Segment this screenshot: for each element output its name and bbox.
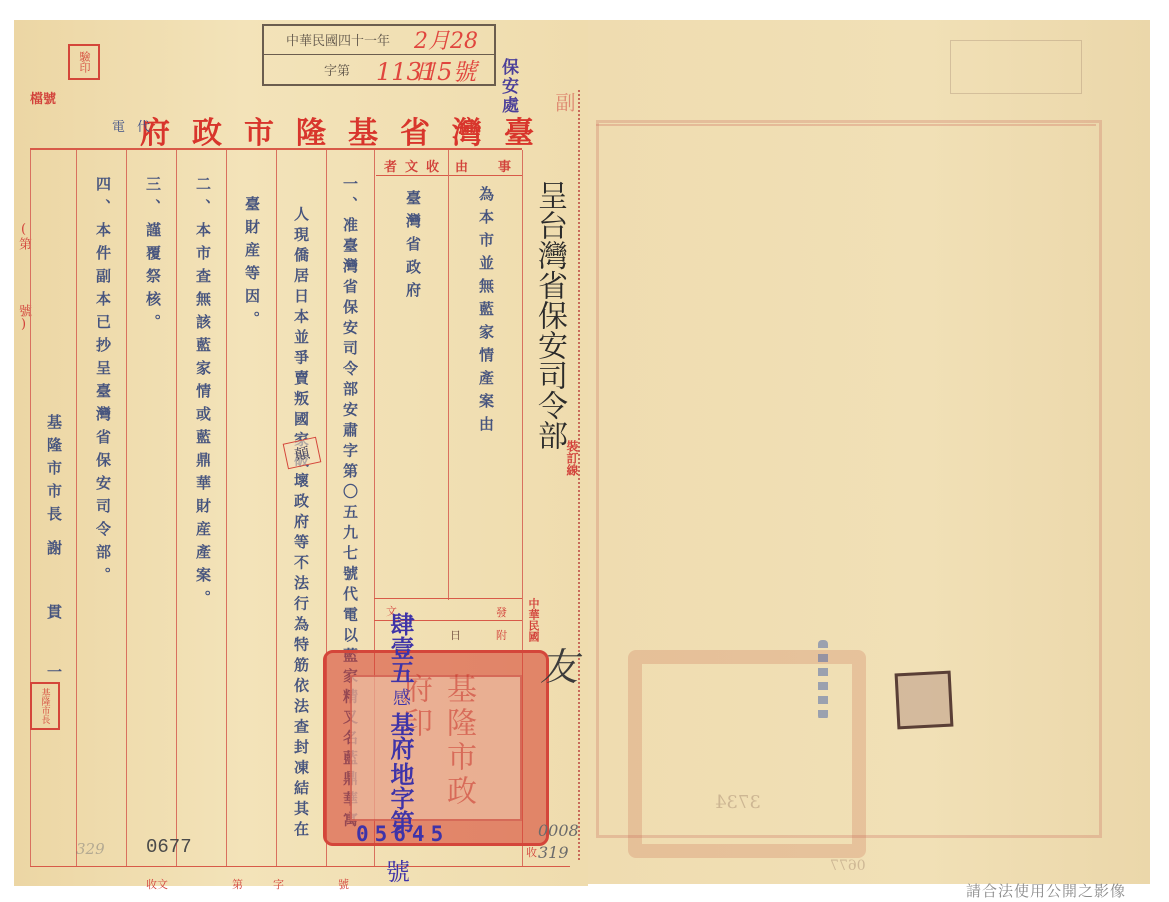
dispatch-prefix: 基府: [383, 712, 418, 760]
mayor-seal: 基隆市長: [30, 682, 60, 730]
subject-header: 事由: [455, 156, 541, 175]
dispatch-issue-label: 發: [496, 604, 507, 620]
signature-name-surname: 謝: [44, 540, 65, 565]
handwritten-recipient: 呈台灣省保安司令部: [534, 180, 564, 450]
dispatch-number: 05645: [356, 822, 449, 846]
footer-receive-doc-label: 收文: [146, 876, 168, 892]
body-para1-line2: 人現僑居日本並爭賣叛國家破壞政府等不法行為特筋依法查封凍結其在: [291, 206, 312, 842]
back-faint-stamp: [628, 650, 866, 858]
signature-scrawl: 友: [540, 636, 578, 691]
back-dark-seal: [895, 671, 954, 730]
back-faint-number: 3734: [715, 792, 761, 813]
back-faint-dots: [818, 640, 828, 720]
era-label: 中華民國: [525, 598, 541, 642]
table-header-rule: [376, 175, 522, 176]
dispatch-code-line1: 肆壹五: [383, 612, 418, 684]
grid-line: [276, 150, 277, 866]
copy-label: 副: [550, 92, 579, 122]
grid-line: [76, 150, 77, 866]
signature-name-middle: 貫: [44, 604, 65, 629]
handwritten-annotation: 0008 319: [538, 820, 588, 864]
document-type-label: 代電: [112, 116, 162, 135]
dispatch-code-line2: 感: [387, 688, 413, 706]
receipt-stamp-box: 中華民國四十一年 2月28日 字第 11315號: [262, 24, 496, 86]
recipient-text: 臺灣省政府: [403, 190, 424, 305]
grid-line: [176, 150, 177, 866]
footer-rule: [30, 866, 570, 867]
receipt-number: 11315號: [376, 52, 476, 87]
grid-line: [448, 150, 449, 600]
dispatch-attach-label: 附: [496, 627, 507, 643]
dispatch-rule-top: [374, 598, 522, 599]
body-para1-line3: 臺財産等因。: [242, 196, 263, 334]
routing-stamp: 保安處: [496, 58, 521, 115]
back-faint-header-rule: [596, 124, 1096, 126]
document-title: 臺灣省基隆市政府: [140, 108, 556, 152]
footer-no-label: 號: [338, 876, 349, 892]
grid-line: [30, 150, 31, 866]
subject-text: 為本市並無藍家情產案由: [476, 186, 497, 439]
grid-line: [126, 150, 127, 866]
dispatch-suffix: 號: [386, 852, 410, 887]
dispatch-day-label: 日: [450, 627, 461, 643]
body-para4: 四、本件副本已抄呈臺灣省保安司令部。: [93, 176, 114, 590]
receipt-prefix: 字第: [324, 60, 350, 79]
body-para2: 二、本市查無該藍家情或藍鼎華財産產案。: [193, 176, 214, 613]
back-faint-footer: 0677: [830, 858, 866, 874]
watermark-text: 請合法使用公開之影像: [966, 880, 1126, 901]
verification-seal: 驗印: [68, 44, 100, 80]
signature-title: 基隆市市長: [44, 414, 65, 529]
footer-char-no-label: 字第: [232, 876, 314, 892]
file-number: 0677: [146, 836, 192, 858]
recipient-header: 收文者: [384, 156, 447, 175]
archive-label: 檔號: [30, 88, 56, 107]
grid-line: [226, 150, 227, 866]
back-faint-box: [950, 40, 1082, 94]
body-para3: 三、謹覆祭核。: [143, 176, 164, 337]
faint-handwritten-number: 329: [76, 840, 105, 858]
receive-label: 收: [526, 844, 537, 860]
date-stamp-prefix: 中華民國四十一年: [286, 30, 390, 49]
official-seal-large: 基隆市政府印: [323, 650, 549, 846]
